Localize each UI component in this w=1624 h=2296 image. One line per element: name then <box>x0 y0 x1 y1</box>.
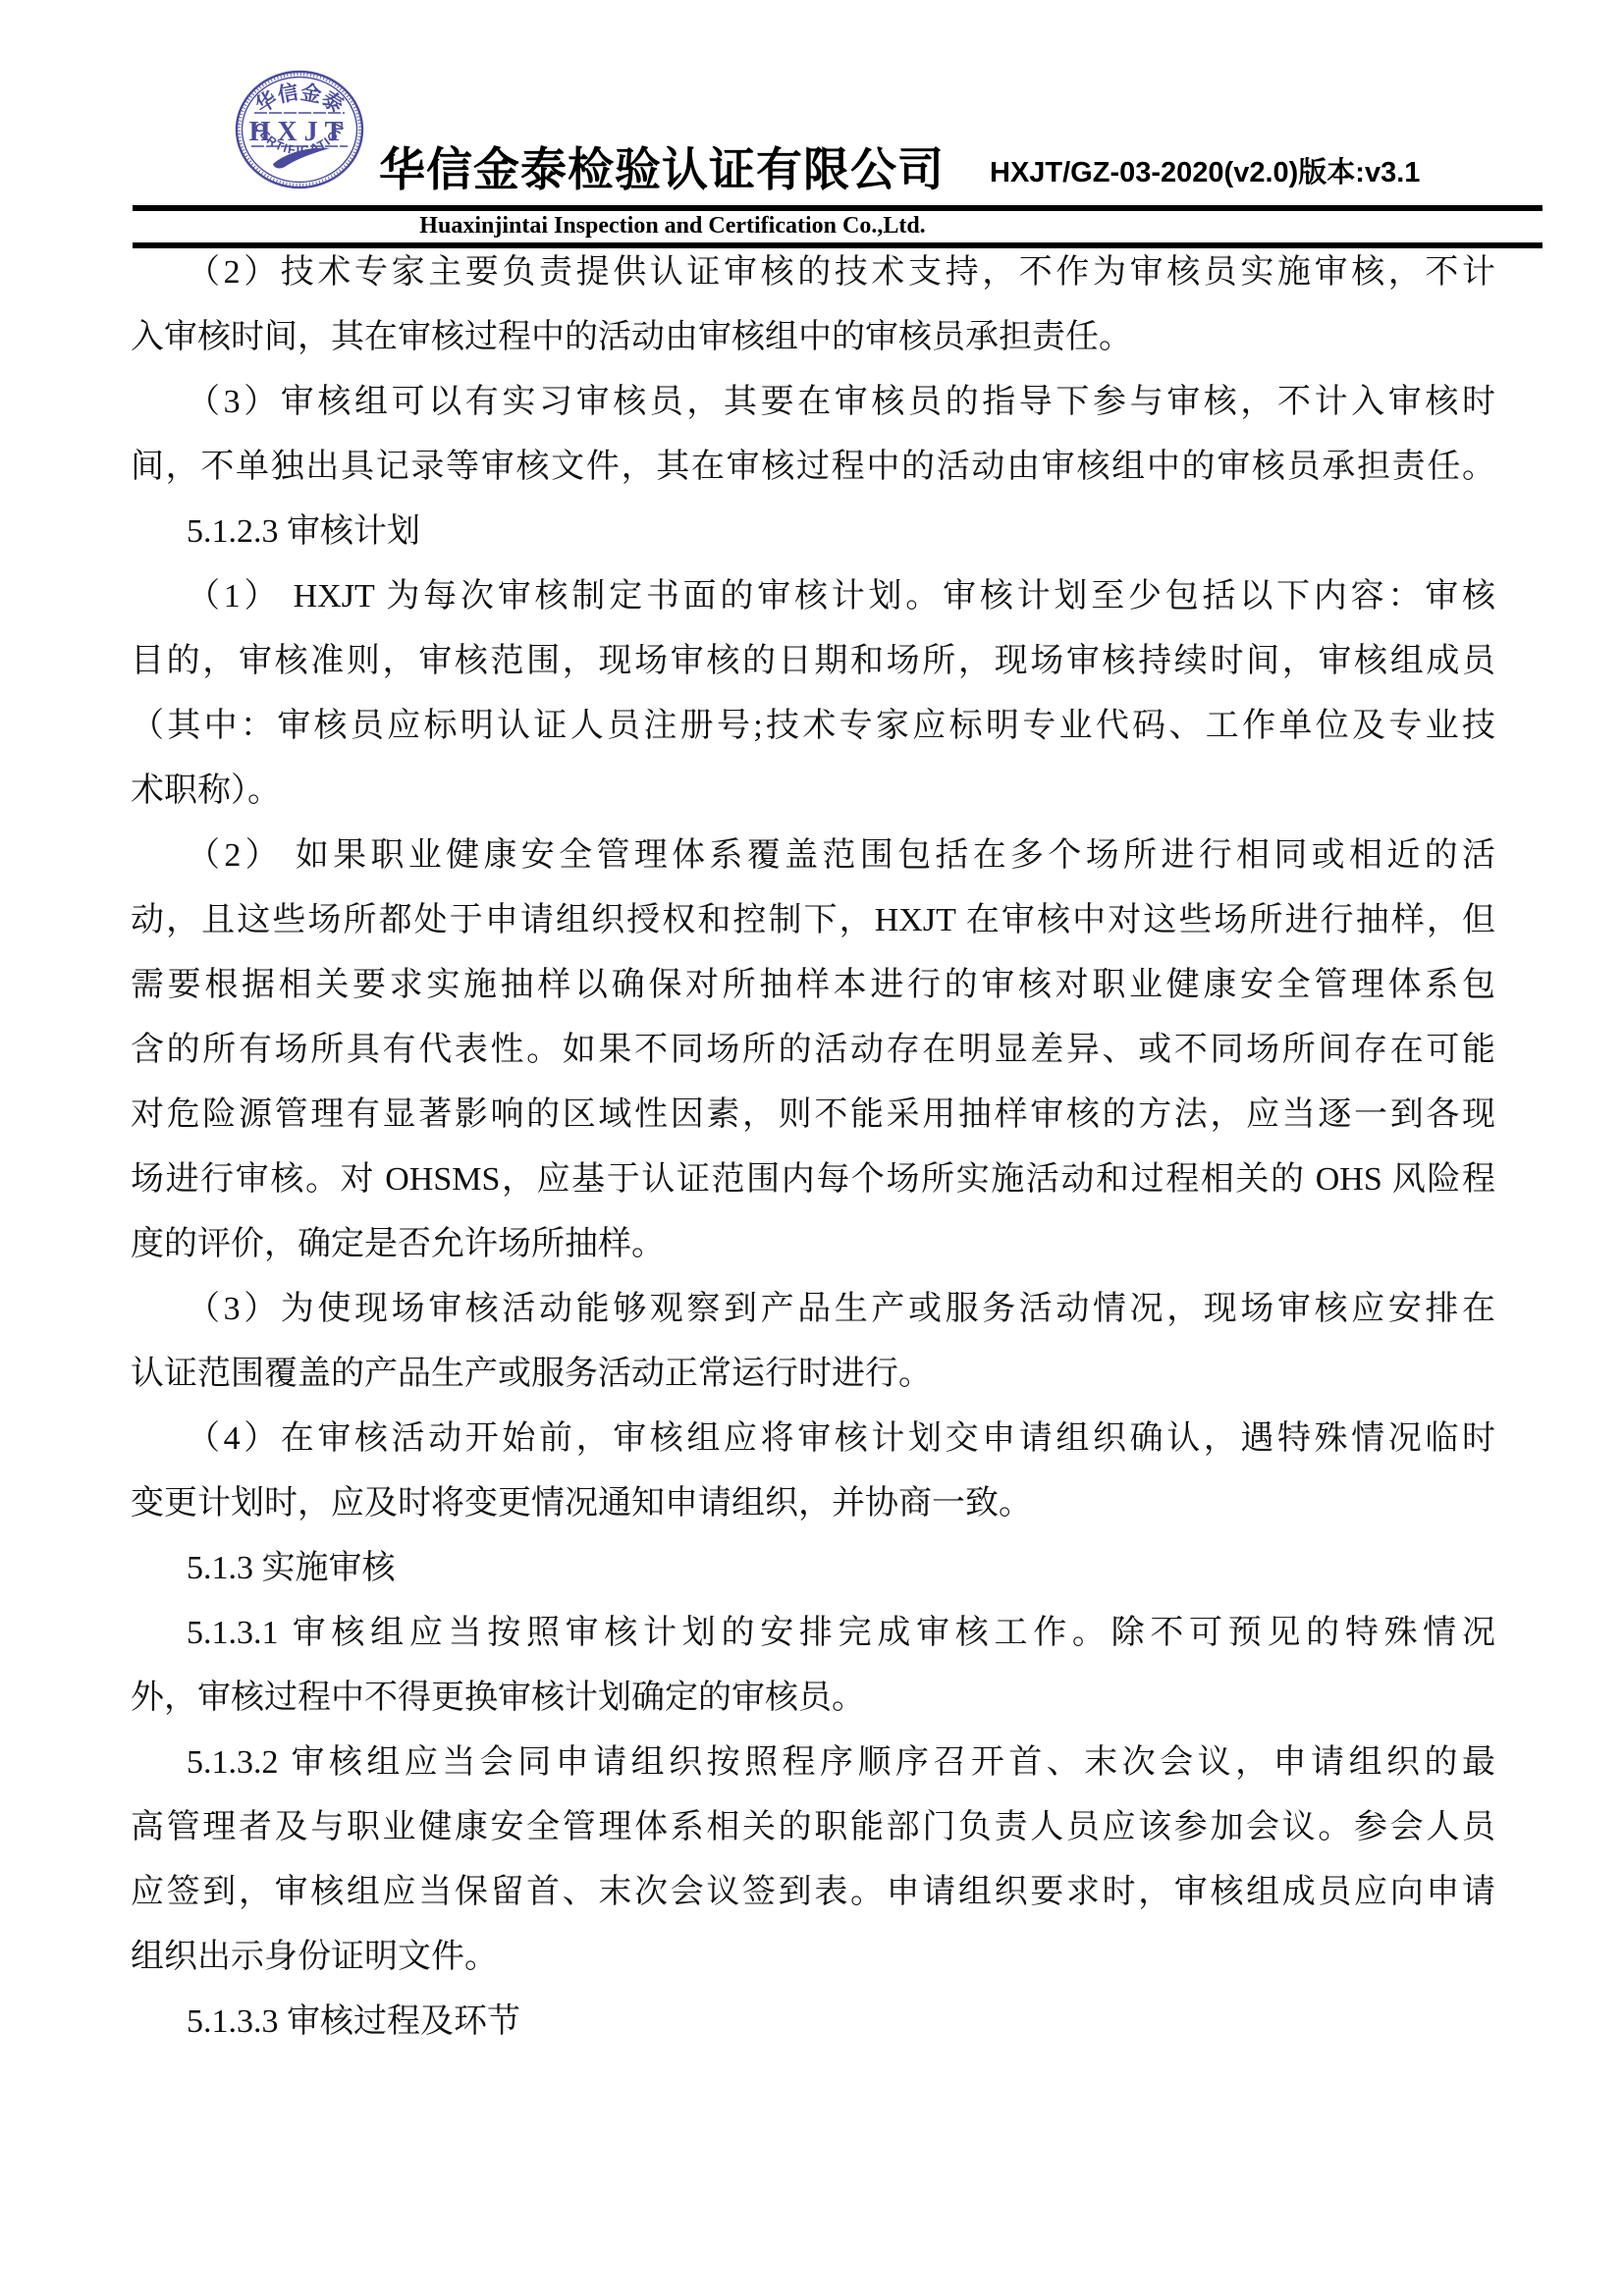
body-line: 5.1.3.3 审核过程及环节 <box>131 1990 1495 2055</box>
logo-top-arc-text: 华信金泰 <box>251 80 348 118</box>
header-rule-top <box>133 205 1543 211</box>
body-line: 认证范围覆盖的产品生产或服务活动正常运行时进行。 <box>131 1342 1495 1407</box>
body-line: （3）审核组可以有实习审核员，其要在审核员的指导下参与审核，不计入审核时 <box>131 370 1495 435</box>
body-line: （4）在审核活动开始前，审核组应将审核计划交申请组织确认，遇特殊情况临时 <box>131 1407 1495 1471</box>
body-line: 高管理者及与职业健康安全管理体系相关的职能部门负责人员应该参加会议。参会人员 <box>131 1795 1495 1860</box>
body-line: （1） HXJT 为每次审核制定书面的审核计划。审核计划至少包括以下内容：审核 <box>131 564 1495 629</box>
body-line: 5.1.2.3 审核计划 <box>131 500 1495 564</box>
body-line: 外，审核过程中不得更换审核计划确定的审核员。 <box>131 1666 1495 1731</box>
document-body: （2）技术专家主要负责提供认证审核的技术支持，不作为审核员实施审核，不计 入审核… <box>131 240 1495 2055</box>
body-line: 应签到，审核组应当保留首、末次会议签到表。申请组织要求时，审核组成员应向申请 <box>131 1860 1495 1925</box>
document-code: HXJT/GZ-03-2020(v2.0)版本:v3.1 <box>990 150 1481 190</box>
body-line: 5.1.3.2 审核组应当会同申请组织按照程序顺序召开首、末次会议，申请组织的最 <box>131 1731 1495 1795</box>
company-name-en: Huaxinjintai Inspection and Certificatio… <box>133 213 1213 240</box>
body-line: 变更计划时，应及时将变更情况通知申请组织，并协商一致。 <box>131 1471 1495 1536</box>
body-line: 5.1.3 实施审核 <box>131 1536 1495 1601</box>
body-line: 入审核时间，其在审核过程中的活动由审核组中的审核员承担责任。 <box>131 305 1495 370</box>
svg-text:华信金泰: 华信金泰 <box>251 80 348 118</box>
body-line: 5.1.3.1 审核组应当按照审核计划的安排完成审核工作。除不可预见的特殊情况 <box>131 1601 1495 1666</box>
body-line: 对危险源管理有显著影响的区域性因素，则不能采用抽样审核的方法，应当逐一到各现 <box>131 1083 1495 1148</box>
body-line: （其中：审核员应标明认证人员注册号;技术专家应标明专业代码、工作单位及专业技 <box>131 694 1495 759</box>
body-line: 动，且这些场所都处于申请组织授权和控制下，HXJT 在审核中对这些场所进行抽样，… <box>131 888 1495 953</box>
company-seal-logo: 华信金泰 HXJT CERTIFICATION <box>234 69 365 190</box>
document-page: 华信金泰 HXJT CERTIFICATION 华信金泰检验认证有限公司 HXJ… <box>0 0 1624 2296</box>
body-line: 需要根据相关要求实施抽样以确保对所抽样本进行的审核对职业健康安全管理体系包 <box>131 953 1495 1018</box>
body-line: （3）为使现场审核活动能够观察到产品生产或服务活动情况，现场审核应安排在 <box>131 1277 1495 1342</box>
body-line: 组织出示身份证明文件。 <box>131 1925 1495 1990</box>
body-line: 术职称）。 <box>131 759 1495 824</box>
body-line: 场进行审核。对 OHSMS，应基于认证范围内每个场所实施活动和过程相关的 OHS… <box>131 1148 1495 1212</box>
body-line: 目的，审核准则，审核范围，现场审核的日期和场所，现场审核持续时间，审核组成员 <box>131 629 1495 694</box>
body-line: 含的所有场所具有代表性。如果不同场所的活动存在明显差异、或不同场所间存在可能 <box>131 1018 1495 1083</box>
body-line: （2） 如果职业健康安全管理体系覆盖范围包括在多个场所进行相同或相近的活 <box>131 824 1495 888</box>
body-line: 间，不单独出具记录等审核文件，其在审核过程中的活动由审核组中的审核员承担责任。 <box>131 435 1495 500</box>
company-name-cn: 华信金泰检验认证有限公司 <box>379 133 944 199</box>
body-line: （2）技术专家主要负责提供认证审核的技术支持，不作为审核员实施审核，不计 <box>131 240 1495 305</box>
body-line: 度的评价，确定是否允许场所抽样。 <box>131 1212 1495 1277</box>
